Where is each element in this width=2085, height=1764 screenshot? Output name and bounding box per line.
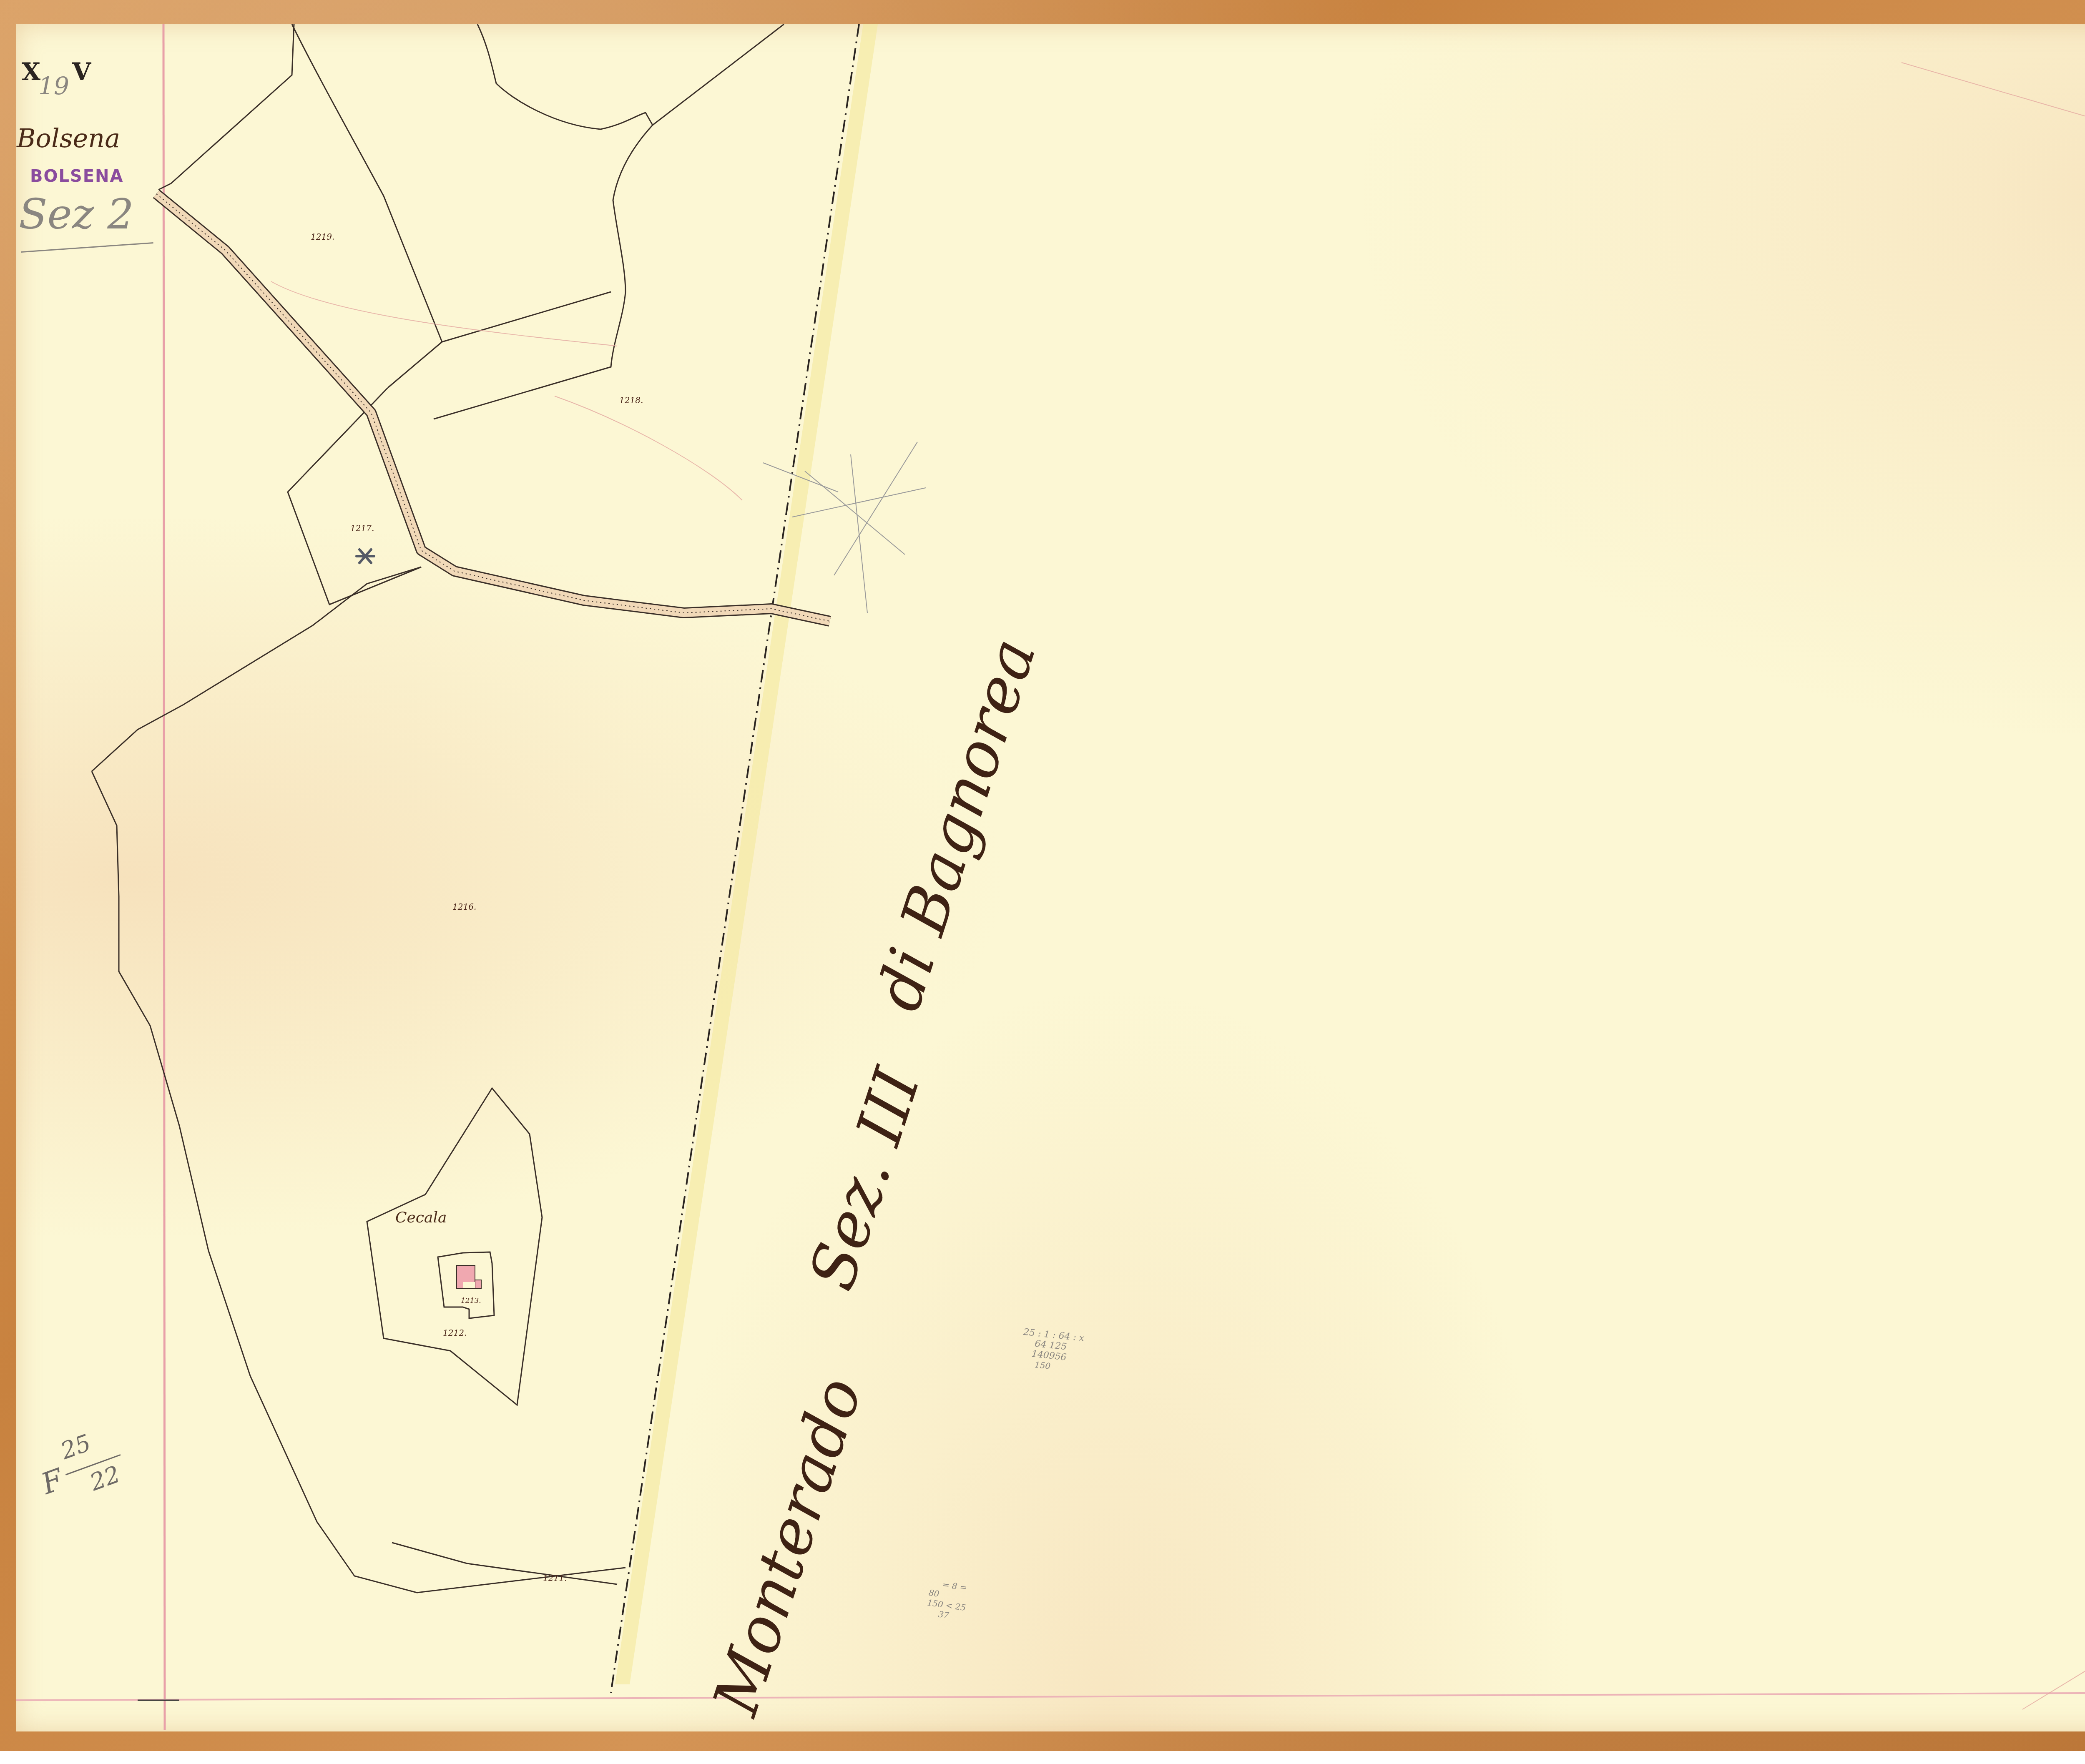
left-margin-line bbox=[163, 24, 165, 1730]
section-pencil-note: Sez 2 bbox=[19, 190, 134, 238]
parcel-label-1216: 1216. bbox=[452, 902, 476, 912]
folio-numerator: 25 bbox=[57, 1429, 94, 1465]
locality-name-cecala: Cecala bbox=[395, 1209, 447, 1226]
parcel-boundaries bbox=[92, 24, 784, 1593]
parcel-label-1213: 1213. bbox=[461, 1297, 481, 1305]
building-1213 bbox=[457, 1265, 481, 1288]
town-handwritten: Bolsena bbox=[17, 123, 120, 153]
road bbox=[156, 194, 830, 621]
map-geometry bbox=[0, 0, 2085, 1764]
parcel-label-1219: 1219. bbox=[311, 232, 334, 242]
parcel-label-1217: 1217. bbox=[350, 523, 374, 533]
folio-denominator: 22 bbox=[86, 1461, 123, 1496]
bottom-margin-line bbox=[16, 1693, 2085, 1700]
parcel-label-1212: 1212. bbox=[443, 1328, 467, 1338]
tree-marker-icon bbox=[357, 550, 374, 563]
sheet-pencil-number: 19 bbox=[38, 72, 69, 100]
pencil-guidelines bbox=[271, 63, 2085, 1709]
parcel-label-1218: 1218. bbox=[619, 395, 643, 405]
parcel-label-1211: 1211. bbox=[543, 1573, 567, 1583]
pencil-calculation-1: 25 : 1 : 64 : x 64 125 140956 150 bbox=[1020, 1327, 1085, 1375]
pencil-calculation-2: = 8 = 80 150 < 25 37 bbox=[925, 1578, 970, 1623]
town-stamp: BOLSENA bbox=[30, 167, 124, 186]
